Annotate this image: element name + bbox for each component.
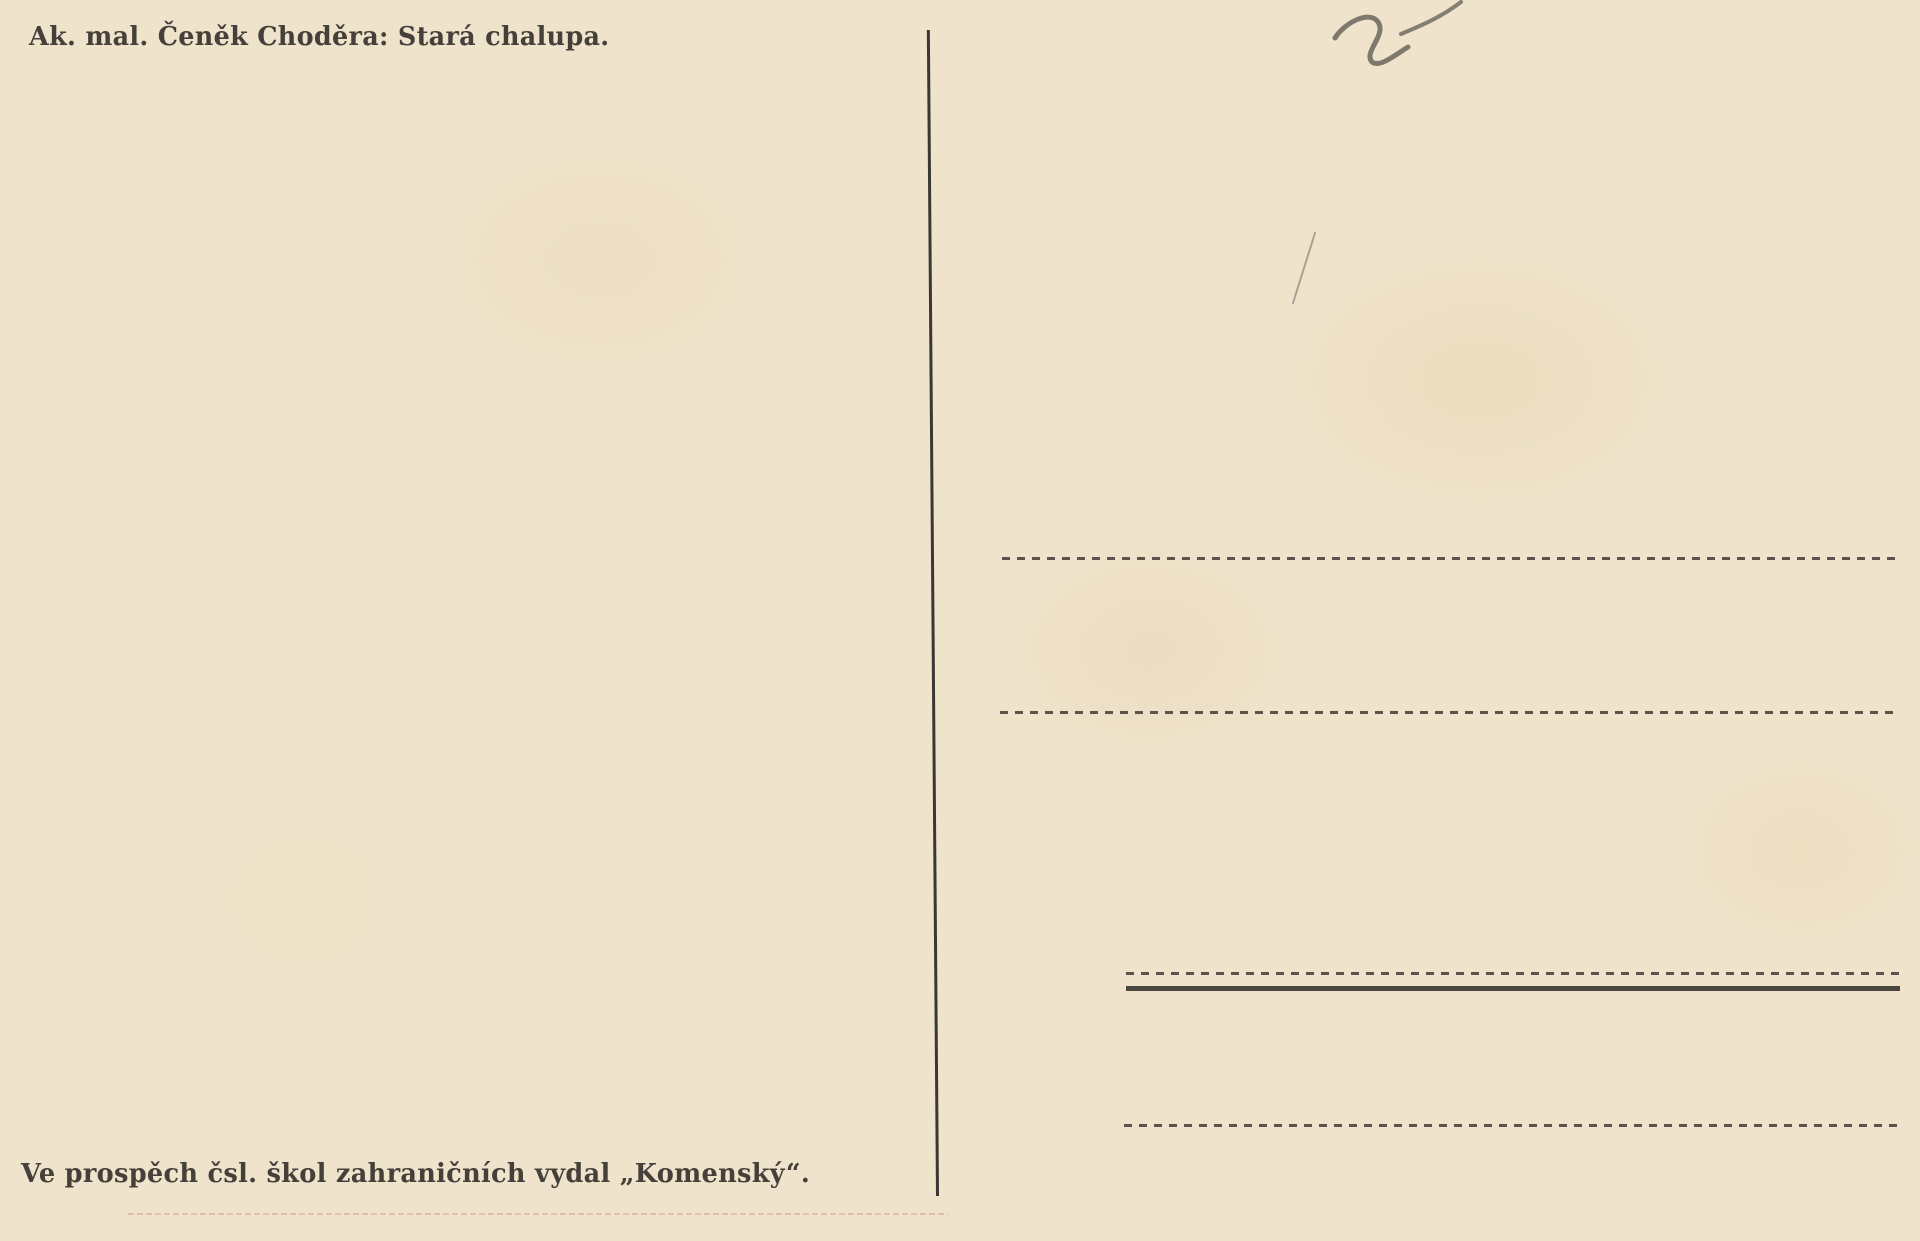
address-line-4 — [1124, 1124, 1900, 1127]
pencil-stray-stroke — [1285, 225, 1325, 305]
handwritten-number-mark — [1265, 0, 1505, 90]
address-line-2 — [1000, 711, 1900, 714]
address-line-1 — [1002, 557, 1900, 560]
faint-red-trim-line — [128, 1213, 948, 1215]
publisher-note: Ve prospěch čsl. škol zahraničních vydal… — [21, 1159, 810, 1189]
artwork-caption: Ak. mal. Čeněk Choděra: Stará chalupa. — [29, 22, 609, 52]
message-address-divider — [927, 30, 939, 1196]
address-underline-solid — [1126, 986, 1900, 991]
address-line-3 — [1126, 972, 1900, 975]
